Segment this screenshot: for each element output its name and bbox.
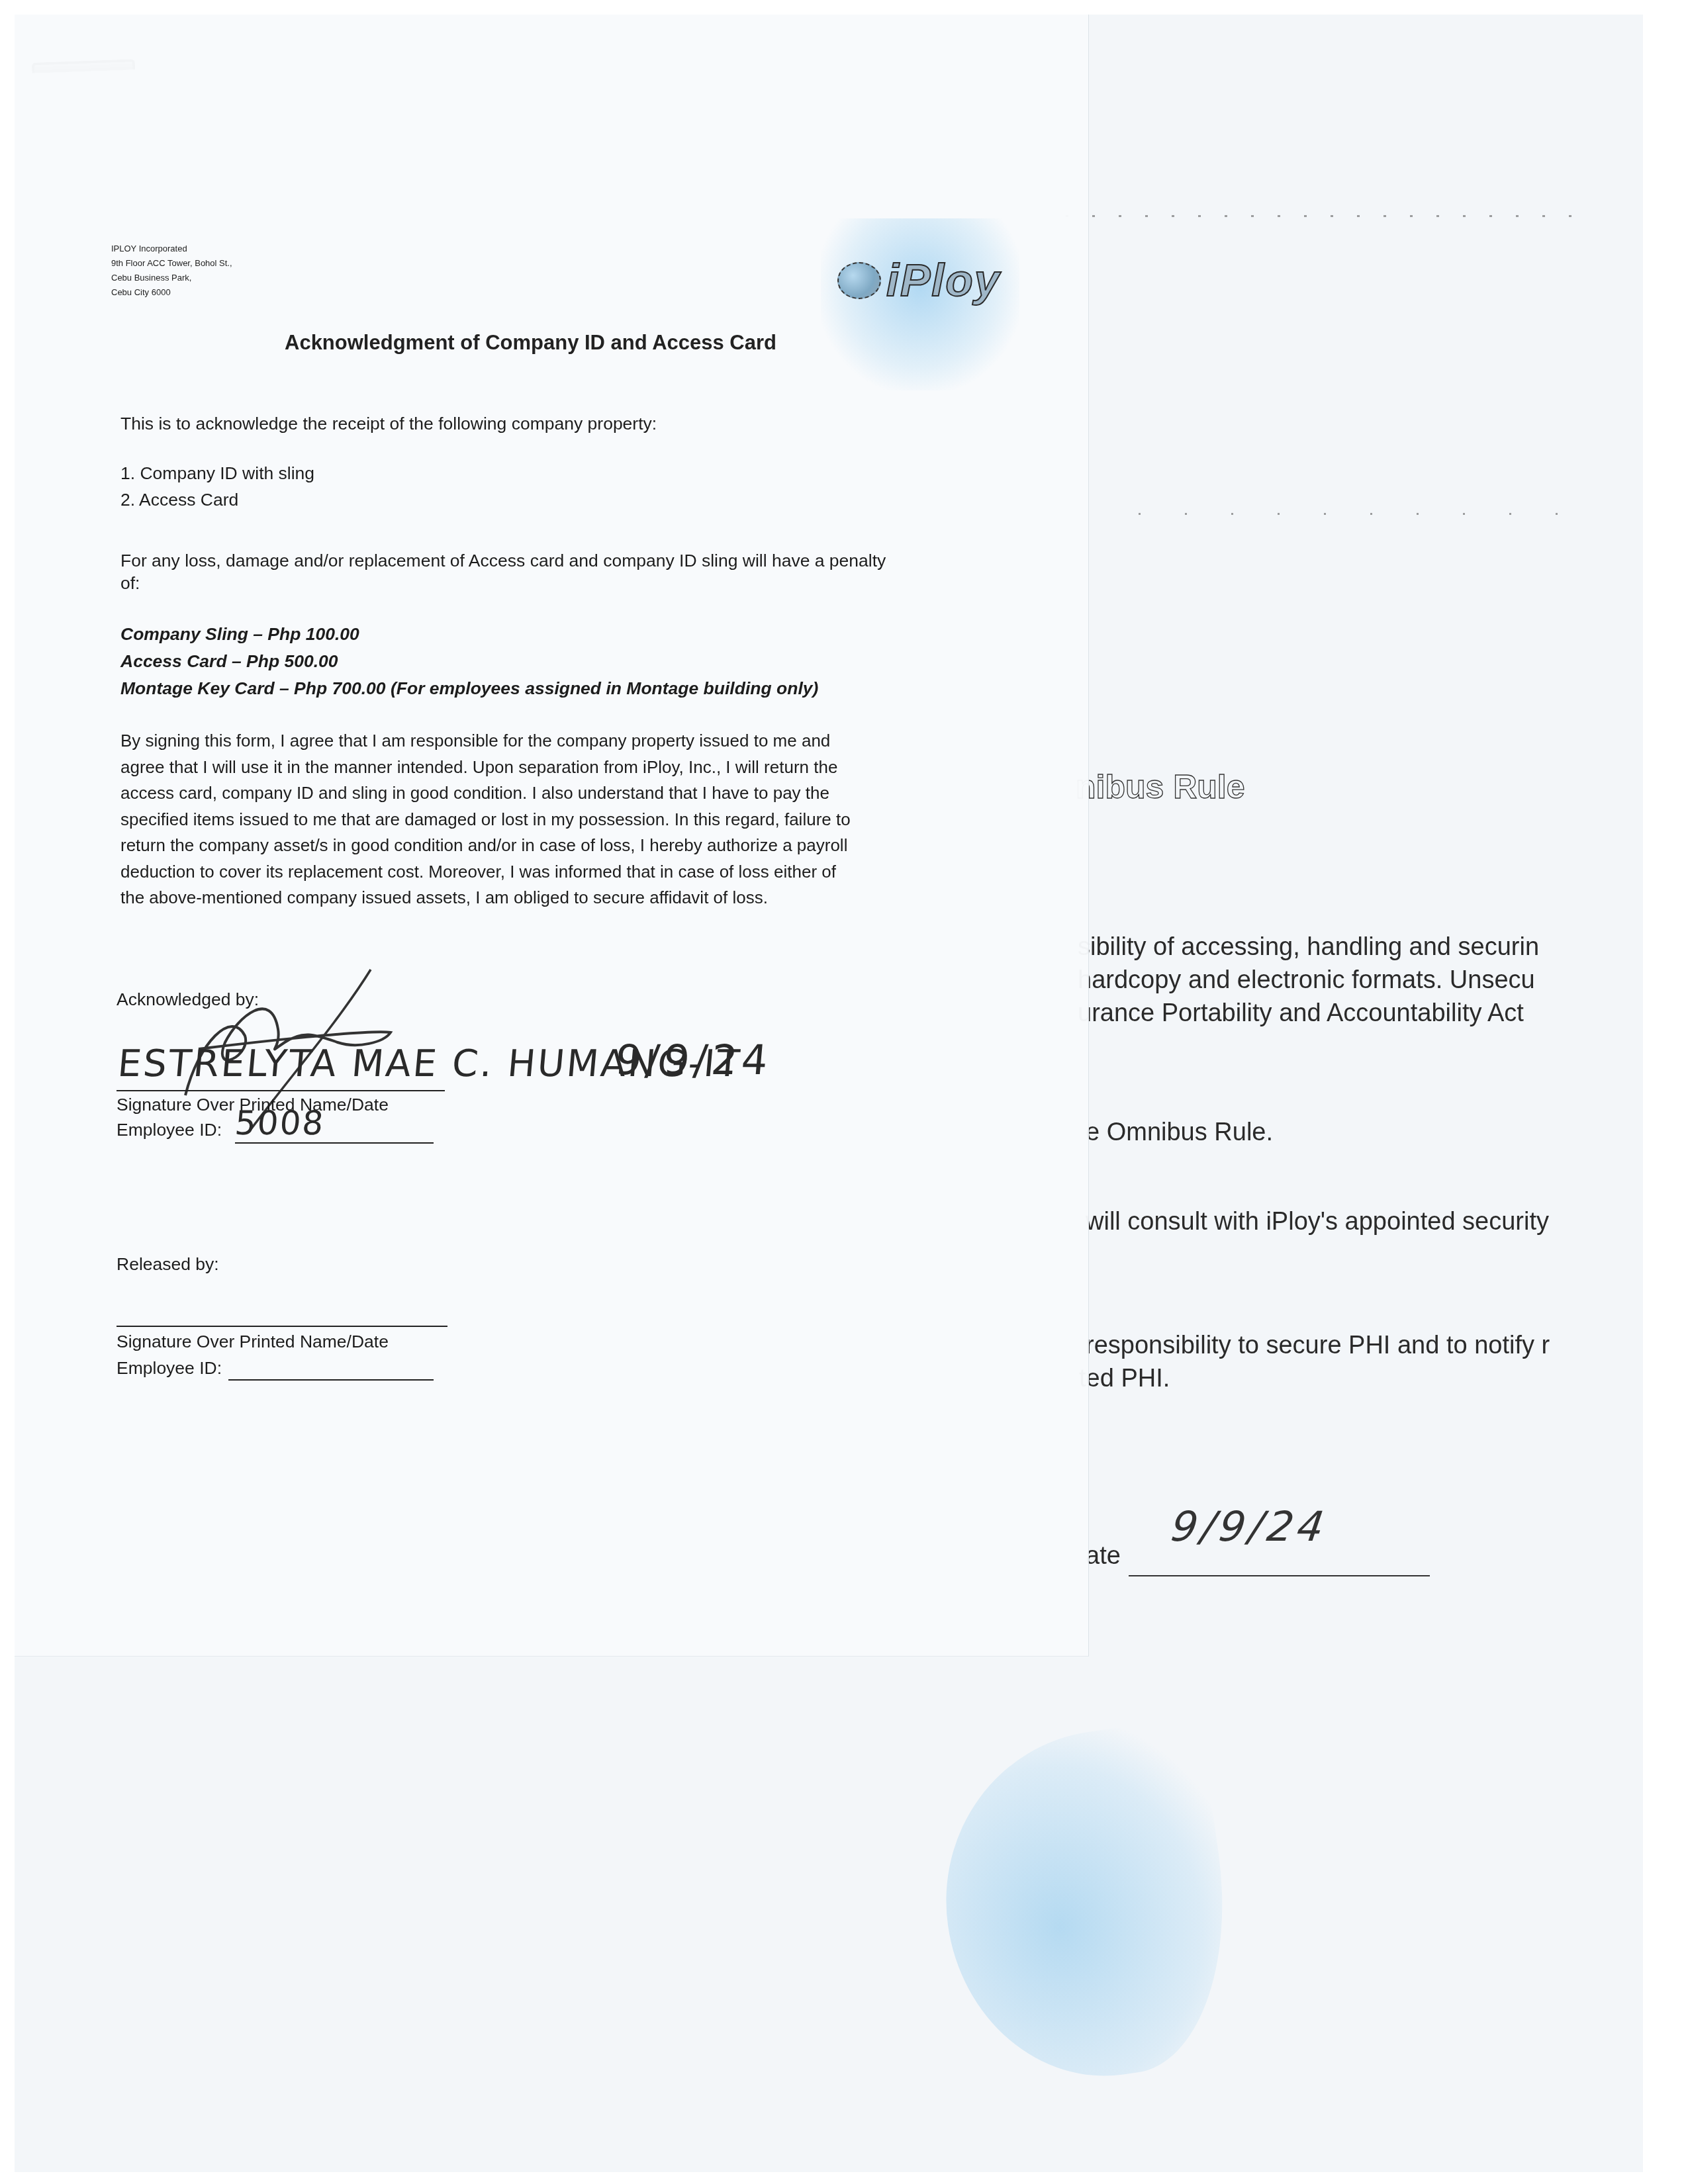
- back-line: responsibility to secure PHI and to noti…: [1086, 1332, 1550, 1360]
- document-title: Acknowledgment of Company ID and Access …: [285, 331, 776, 355]
- scan-artifact-dots: [1139, 513, 1589, 515]
- penalty-item: Access Card – Php 500.00: [120, 651, 338, 672]
- employee-id-value: 5008: [233, 1104, 326, 1142]
- penalty-item: Company Sling – Php 100.00: [120, 624, 359, 645]
- employee-id-line: [228, 1379, 434, 1381]
- penalty-intro: of:: [120, 573, 140, 594]
- back-page-title: nibus Rule: [1076, 768, 1245, 806]
- agreement-line: By signing this form, I agree that I am …: [120, 728, 955, 754]
- back-line: ted PHI.: [1079, 1365, 1170, 1393]
- globe-icon: [837, 262, 881, 299]
- address-line: 9th Floor ACC Tower, Bohol St.,: [111, 256, 232, 271]
- back-line: urance Portability and Accountability Ac…: [1078, 999, 1524, 1028]
- back-handwritten-date: 9/9/24: [1168, 1502, 1331, 1551]
- employee-id-label: Employee ID:: [117, 1358, 222, 1379]
- back-date-label: ate: [1086, 1542, 1121, 1570]
- released-label: Released by:: [117, 1254, 219, 1275]
- employee-id-label: Employee ID:: [117, 1120, 222, 1140]
- back-date-line: [1129, 1575, 1430, 1576]
- signature-line: [117, 1090, 445, 1091]
- property-item: 2. Access Card: [120, 490, 238, 510]
- penalty-item: Montage Key Card – Php 700.00 (For emplo…: [120, 678, 818, 699]
- employee-id-line: [235, 1142, 434, 1144]
- signature-caption: Signature Over Printed Name/Date: [117, 1332, 389, 1352]
- company-logo: iPloy: [837, 255, 1001, 306]
- back-line: will consult with iPloy's appointed secu…: [1086, 1208, 1549, 1236]
- agreement-line: access card, company ID and sling in goo…: [120, 780, 955, 807]
- toner-smudge: [924, 1716, 1247, 2095]
- penalty-intro: For any loss, damage and/or replacement …: [120, 551, 886, 571]
- agreement-line: the above-mentioned company issued asset…: [120, 885, 955, 911]
- handwritten-date: 9/9/24: [614, 1036, 774, 1084]
- address-line: Cebu City 6000: [111, 285, 232, 300]
- property-item: 1. Company ID with sling: [120, 463, 314, 484]
- agreement-line: specified items issued to me that are da…: [120, 807, 955, 833]
- back-line: hardcopy and electronic formats. Unsecu: [1078, 966, 1535, 995]
- address-line: Cebu Business Park,: [111, 271, 232, 285]
- agreement-line: deduction to cover its replacement cost.…: [120, 859, 955, 886]
- agreement-paragraph: By signing this form, I agree that I am …: [120, 728, 955, 911]
- address-line: IPLOY Incorporated: [111, 242, 232, 256]
- signature-line: [117, 1326, 447, 1327]
- agreement-line: agree that I will use it in the manner i…: [120, 754, 955, 781]
- intro-text: This is to acknowledge the receipt of th…: [120, 414, 657, 434]
- logo-wordmark: iPloy: [886, 255, 1001, 306]
- agreement-line: return the company asset/s in good condi…: [120, 833, 955, 859]
- scan-artifact-dots: [1066, 215, 1595, 217]
- back-line: e Omnibus Rule.: [1086, 1118, 1273, 1147]
- back-line: sibility of accessing, handling and secu…: [1078, 933, 1539, 962]
- company-address: IPLOY Incorporated 9th Floor ACC Tower, …: [111, 242, 232, 300]
